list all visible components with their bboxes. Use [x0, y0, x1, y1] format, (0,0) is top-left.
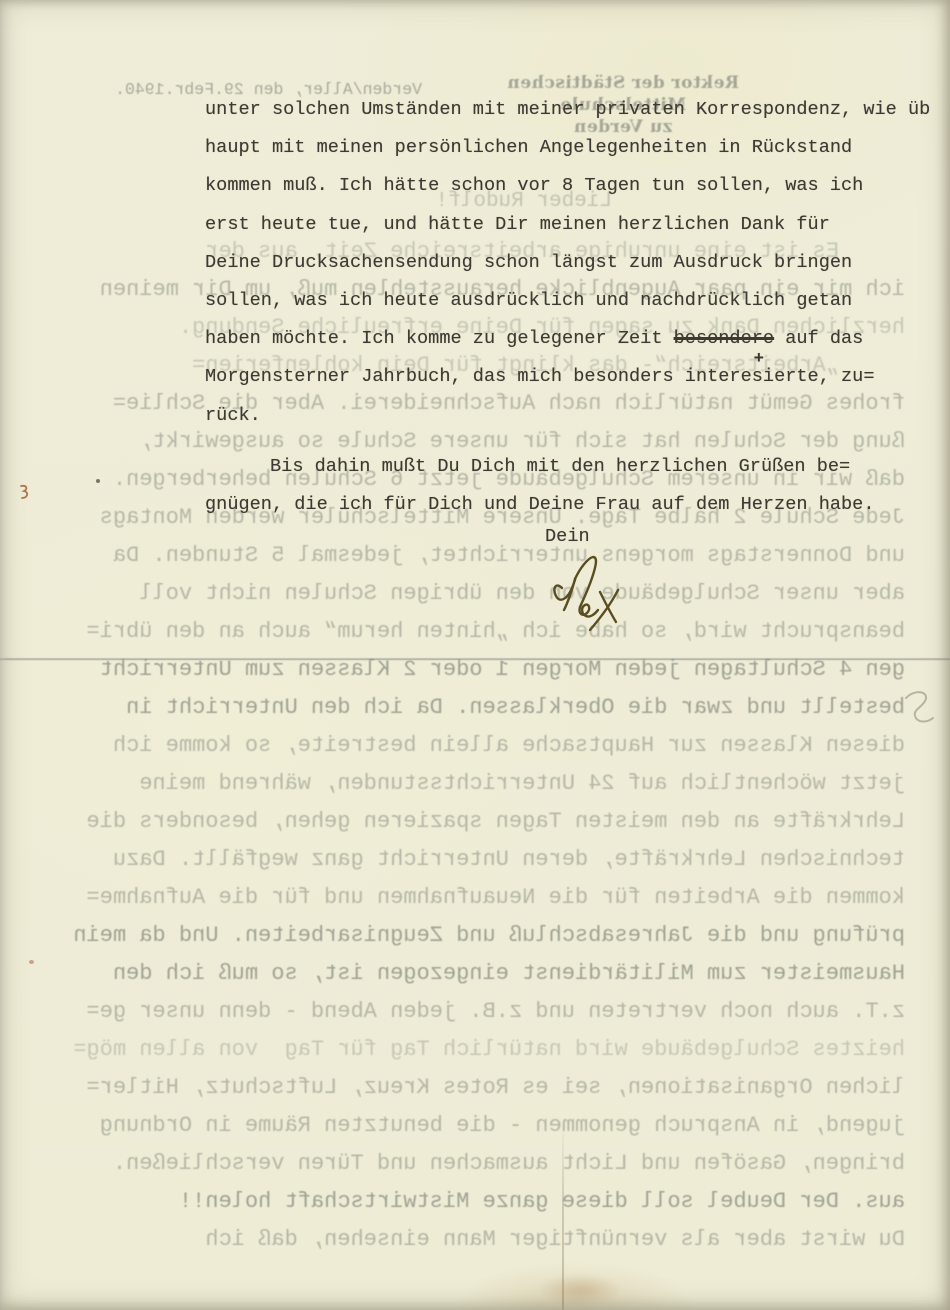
paragraph-spacer [205, 443, 930, 456]
letter-text: auf das [774, 328, 863, 349]
bleed-line: prüfung und die Jahresabschluß und Zeugn… [73, 923, 905, 961]
bleed-line: jetzt wöchentlich auf 24 Unterrichtsstun… [73, 771, 905, 809]
letter-line-with-strikethrough: haben möchte. Ich komme zu gelegener Zei… [205, 328, 930, 366]
bleed-line: lichen Organisationen, sei es Rotes Kreu… [73, 1075, 905, 1113]
letter-text: Morgensterner Jahrbuch, das mich besonde… [205, 366, 752, 387]
bleed-line: aus. Der Deubel soll diese ganze Mistwir… [73, 1189, 905, 1227]
bleed-line: gen 4 Schultagen jeden Morgen 1 oder 2 K… [73, 657, 905, 695]
letter-line: Deine Drucksachensendung schon längst zu… [205, 252, 930, 290]
letter-line: unter solchen Umständen mit meiner priva… [205, 99, 930, 137]
bleed-line: bestellt und zwar die Oberklassen. Da ic… [73, 695, 905, 733]
margin-pencil-mark [903, 690, 937, 728]
letter-line: sollen, was ich heute ausdrücklich und n… [205, 290, 930, 328]
letter-line: rück. [205, 405, 930, 443]
insertion-point: +sierte, zu= [752, 366, 875, 387]
bleed-line: Hausmeister zum Militärdienst eingezogen… [73, 961, 905, 999]
horizontal-fold-crease [0, 657, 950, 661]
red-speck [29, 960, 34, 964]
letter-body: unter solchen Umständen mit meiner priva… [205, 99, 930, 637]
red-ink-speck [19, 484, 31, 500]
bleed-line: jugend, in Anspruch genommen - die benut… [73, 1113, 905, 1151]
letter-text: haben möchte. Ich komme zu gelegener Zei… [205, 328, 674, 349]
strikethrough-word: besondere [674, 328, 774, 349]
bleed-line: diesen Klassen zur Hauptsache allein bes… [73, 733, 905, 771]
bleed-line: technischen Lehrkräfte, deren Unterricht… [73, 847, 905, 885]
ink-dot [96, 479, 100, 483]
bleed-line: z.T. auch noch vertreten und z.B. jeden … [73, 999, 905, 1037]
bleed-line: heiztes Schulgebäude wird natürlich Tag … [73, 1037, 905, 1075]
letter-line-with-insertion: Morgensterner Jahrbuch, das mich besonde… [205, 366, 930, 404]
insertion-plus-mark: + [754, 350, 764, 369]
bleed-line: kommen die Arbeiten für die Neuaufnahmen… [73, 885, 905, 923]
letter-line: haupt mit meinen persönlichen Angelegenh… [205, 137, 930, 175]
letter-line: kommen muß. Ich hätte schon vor 8 Tagen … [205, 175, 930, 213]
bleed-dateline: Verden/Aller, den 29.Febr.1940. [115, 80, 422, 99]
bottom-stain [538, 1274, 622, 1306]
bleed-line: Du wirst aber als vernünftiger Mann eins… [73, 1227, 905, 1265]
letter-line: erst heute tue, und hätte Dir meinen her… [205, 214, 930, 252]
valediction: Dein [545, 526, 930, 552]
bleed-line: bringen, Gasöfen und Licht ausmachen und… [73, 1151, 905, 1189]
bleed-line: Lehrkräfte an den meisten Tagen spaziere… [73, 809, 905, 847]
letter-closing-line: Bis dahin mußt Du Dich mit den herzliche… [205, 456, 930, 494]
scanned-letter-page: { "page": { "paper_color": "#efedd8", "i… [0, 0, 950, 1310]
signature-drawing [550, 552, 645, 637]
handwritten-signature [550, 552, 930, 637]
letter-text: sierte, zu= [752, 366, 875, 387]
